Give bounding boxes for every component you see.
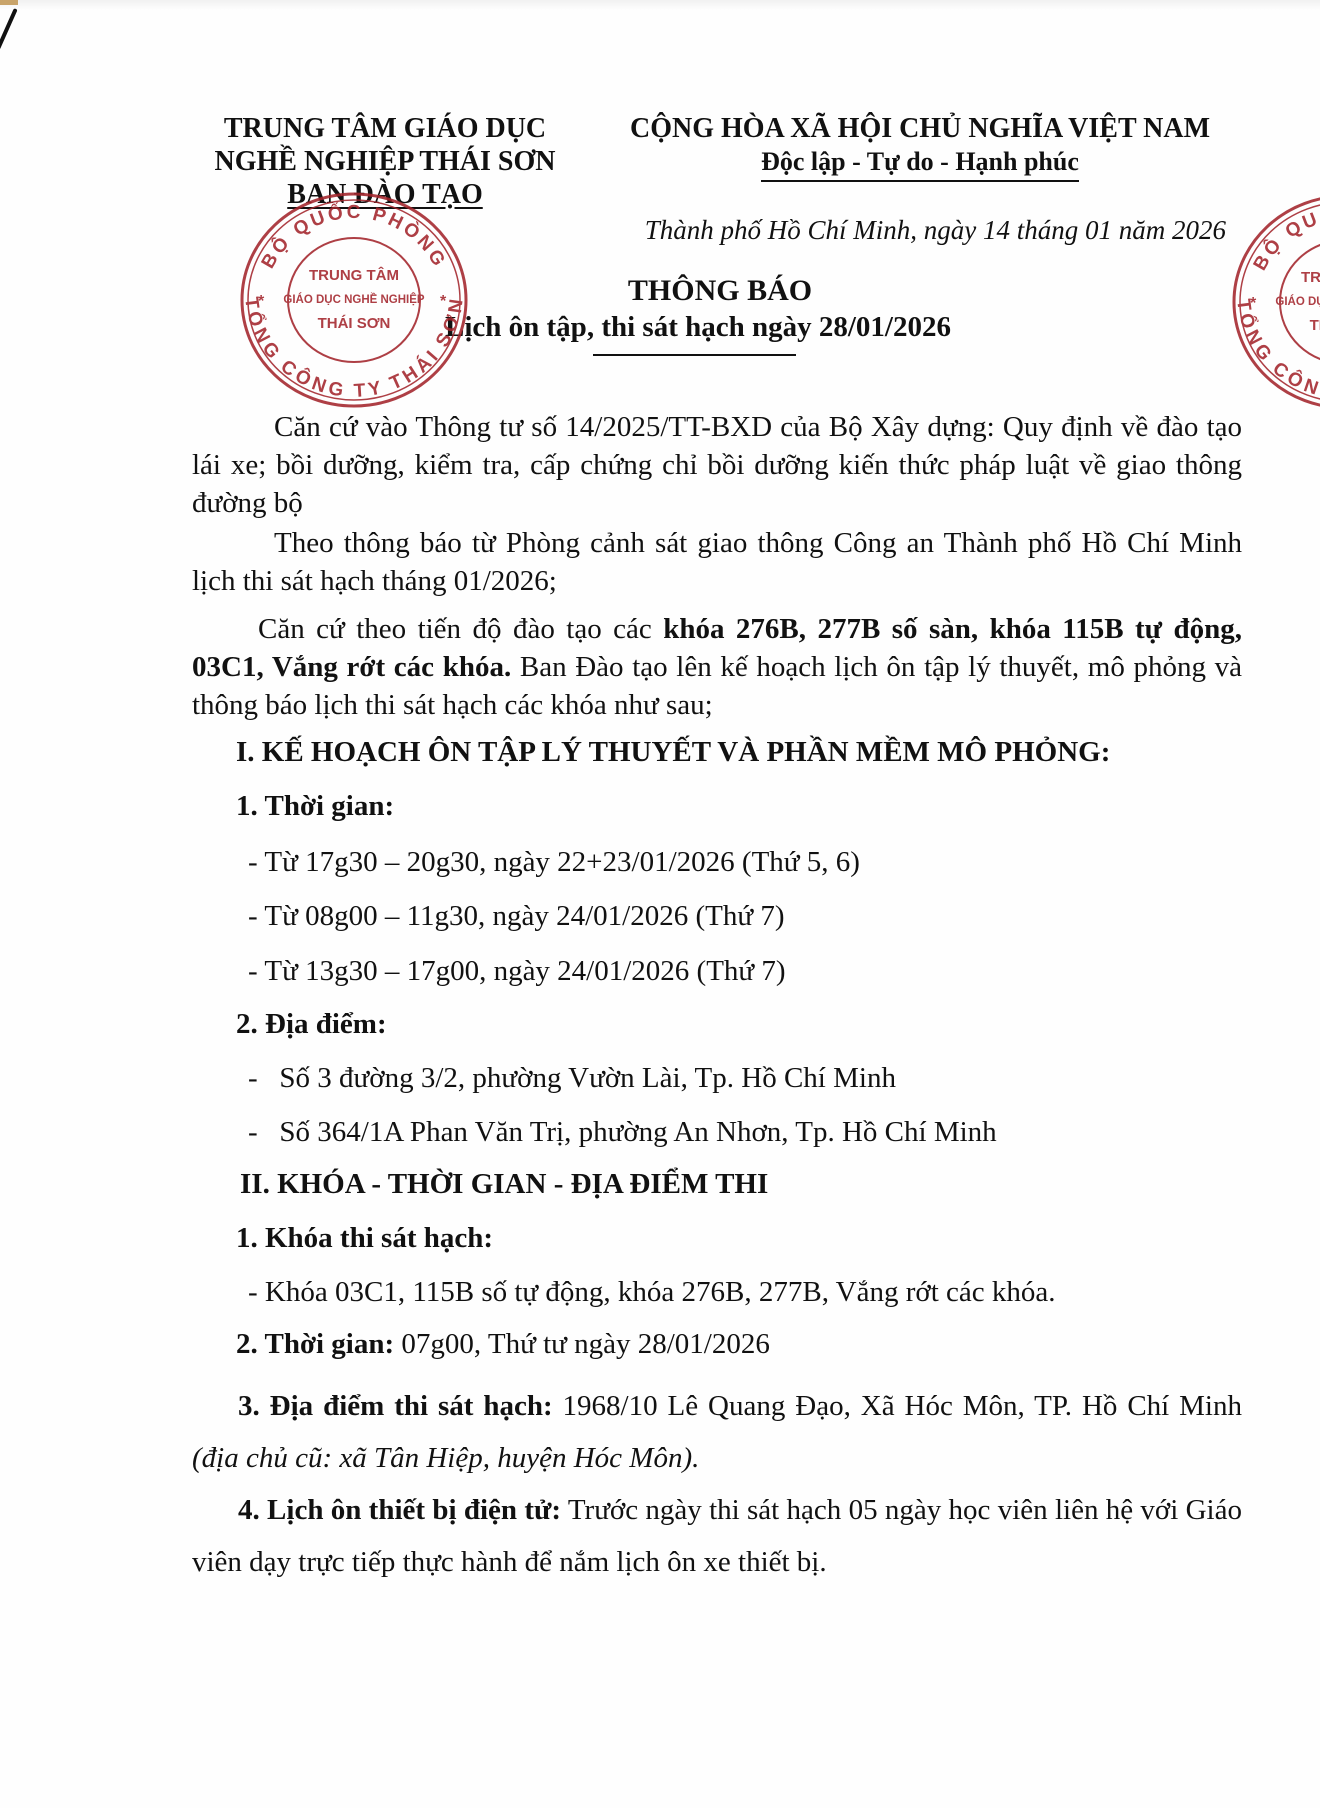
schedule-item: - Từ 17g30 – 20g30, ngày 22+23/01/2026 (… bbox=[248, 846, 860, 879]
scan-corner-tab bbox=[0, 0, 18, 5]
issuer-line-2: NGHỀ NGHIỆP THÁI SƠN bbox=[170, 145, 600, 178]
nation-name: CỘNG HÒA XÃ HỘI CHỦ NGHĨA VIỆT NAM bbox=[590, 112, 1250, 145]
location-item: - Số 364/1A Phan Văn Trị, phường An Nhơn… bbox=[248, 1116, 997, 1149]
schedule-item: - Từ 08g00 – 11g30, ngày 24/01/2026 (Thứ… bbox=[248, 900, 784, 933]
national-header: CỘNG HÒA XÃ HỘI CHỦ NGHĨA VIỆT NAM Độc l… bbox=[590, 112, 1250, 182]
section-1-time-heading: 1. Thời gian: bbox=[236, 790, 394, 823]
p3-lead: Căn cứ theo tiến độ đào tạo các bbox=[258, 613, 663, 645]
svg-text:TỔNG CÔNG TY THÁI SƠN: TỔNG CÔNG TY THÁI SƠN bbox=[1232, 298, 1320, 404]
device-review: 4. Lịch ôn thiết bị điện tử: Trước ngày … bbox=[192, 1484, 1242, 1588]
official-seal: BỘ QUỐC PHÒNG TỔNG CÔNG TY THÁI SƠN * * … bbox=[236, 188, 472, 412]
intro-paragraph-3: Căn cứ theo tiến độ đào tạo các khóa 276… bbox=[192, 610, 1242, 724]
svg-text:BỘ QUỐC PHÒNG: BỘ QUỐC PHÒNG bbox=[1250, 203, 1320, 274]
svg-text:THÁI SƠN: THÁI SƠN bbox=[1310, 317, 1320, 334]
svg-text:THÁI SƠN: THÁI SƠN bbox=[318, 315, 391, 332]
document-subtitle: Lịch ôn tập, thi sát hạch ngày 28/01/202… bbox=[445, 311, 951, 344]
exam-time: 2. Thời gian: 07g00, Thứ tư ngày 28/01/2… bbox=[236, 1328, 770, 1361]
dateline: Thành phố Hồ Chí Minh, ngày 14 tháng 01 … bbox=[645, 215, 1226, 246]
schedule-item: - Từ 13g30 – 17g00, ngày 24/01/2026 (Thứ… bbox=[248, 955, 786, 988]
issuer-department: BAN ĐÀO TẠO bbox=[287, 179, 483, 210]
svg-text:TRUNG TÂM: TRUNG TÂM bbox=[309, 266, 399, 284]
svg-text:GIÁO DỤC NGHỀ NGHIỆP: GIÁO DỤC NGHỀ NGHIỆP bbox=[283, 293, 425, 306]
pen-mark bbox=[0, 8, 18, 50]
document-title: THÔNG BÁO bbox=[540, 274, 900, 308]
exam-courses: - Khóa 03C1, 115B số tự động, khóa 276B,… bbox=[248, 1276, 1056, 1309]
svg-text:*: * bbox=[1250, 295, 1257, 312]
svg-text:*: * bbox=[258, 293, 265, 310]
svg-text:GIÁO DỤC NGHỀ NGHIỆP: GIÁO DỤC NGHỀ NGHIỆP bbox=[1275, 295, 1320, 308]
svg-text:TỔNG CÔNG TY THÁI SƠN: TỔNG CÔNG TY THÁI SƠN bbox=[240, 296, 468, 402]
exam-venue: 3. Địa điểm thi sát hạch: 1968/10 Lê Qua… bbox=[192, 1380, 1242, 1484]
svg-text:*: * bbox=[440, 293, 447, 310]
subtitle-rule bbox=[593, 354, 796, 356]
scan-edge bbox=[0, 0, 1320, 10]
section-2-heading: II. KHÓA - THỜI GIAN - ĐỊA ĐIỂM THI bbox=[240, 1168, 768, 1201]
intro-paragraph-2: Theo thông báo từ Phòng cảnh sát giao th… bbox=[192, 524, 1242, 600]
section-1-heading: I. KẾ HOẠCH ÔN TẬP LÝ THUYẾT VÀ PHẦN MỀM… bbox=[236, 736, 1110, 769]
issuer-header: TRUNG TÂM GIÁO DỤC NGHỀ NGHIỆP THÁI SƠN … bbox=[170, 112, 600, 211]
national-motto: Độc lập - Tự do - Hạnh phúc bbox=[761, 145, 1079, 182]
issuer-line-1: TRUNG TÂM GIÁO DỤC bbox=[170, 112, 600, 145]
official-seal-partial: BỘ QUỐC PHÒNG TỔNG CÔNG TY THÁI SƠN * TR… bbox=[1228, 190, 1320, 414]
intro-paragraph-1: Căn cứ vào Thông tư số 14/2025/TT-BXD củ… bbox=[192, 408, 1242, 522]
svg-text:BỘ QUỐC PHÒNG: BỘ QUỐC PHÒNG bbox=[258, 201, 451, 272]
svg-text:TRUNG TÂM: TRUNG TÂM bbox=[1301, 268, 1320, 286]
section-1-place-heading: 2. Địa điểm: bbox=[236, 1008, 387, 1041]
section-2-courses-heading: 1. Khóa thi sát hạch: bbox=[236, 1222, 493, 1255]
location-item: - Số 3 đường 3/2, phường Vườn Lài, Tp. H… bbox=[248, 1062, 896, 1095]
